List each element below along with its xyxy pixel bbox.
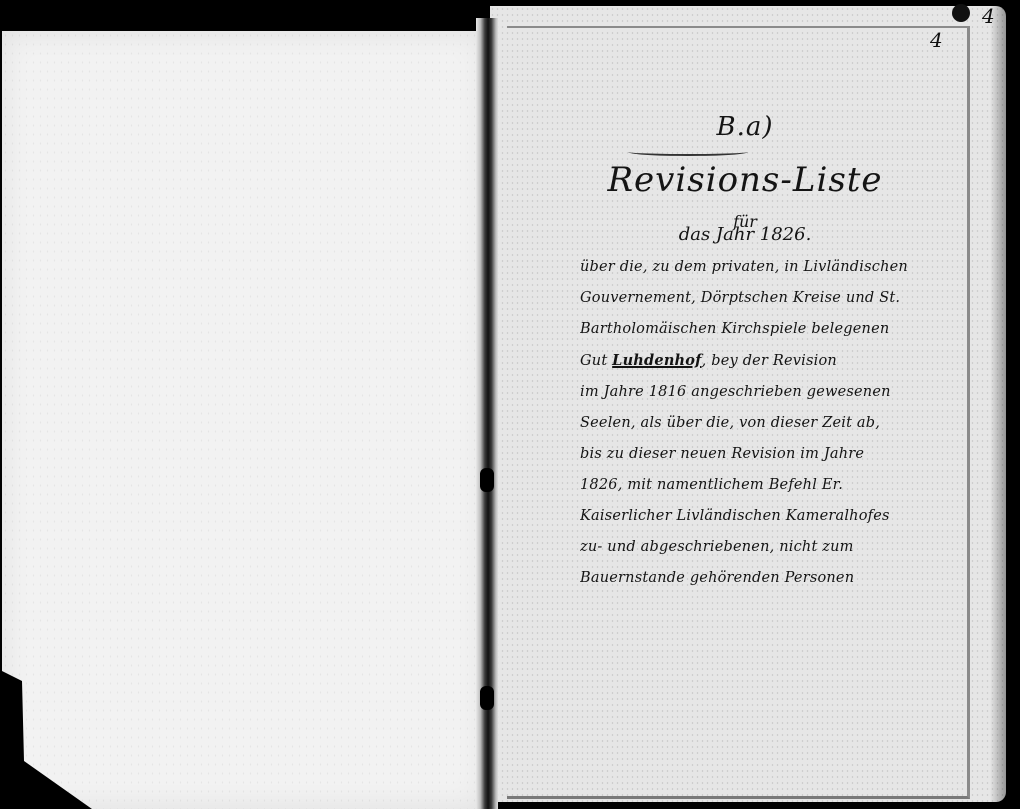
estate-suffix: , bey der Revision <box>702 353 837 369</box>
estate-prefix: Gut <box>580 353 612 369</box>
flourish-line <box>628 148 748 156</box>
ink-stain <box>952 4 970 22</box>
body-line: zu- und abgeschriebenen, nicht zum <box>580 532 910 563</box>
body-line: Bauernstande gehörenden Personen <box>580 563 910 594</box>
body-line: Kaiserlicher Livländischen Kameralhofes <box>580 501 910 532</box>
binding-knot-icon <box>480 686 494 710</box>
document-title: Revisions-Liste <box>580 160 910 200</box>
page-edge-shadow <box>990 6 1006 802</box>
body-line-estate: Gut Luhdenhof, bey der Revision <box>580 345 910 377</box>
body-line: bis zu dieser neuen Revision im Jahre <box>580 439 910 470</box>
left-page-blank <box>2 31 484 809</box>
body-line: 1826, mit namentlichem Befehl Er. <box>580 470 910 501</box>
body-line: im Jahre 1816 angeschrieben gewesenen <box>580 377 910 408</box>
estate-name: Luhdenhof <box>612 352 701 369</box>
heading-mark: B.a) <box>580 112 910 142</box>
year-line: das Jahr 1826. <box>580 224 910 245</box>
manuscript-body: über die, zu dem privaten, in Livländisc… <box>580 252 910 594</box>
body-line: über die, zu dem privaten, in Livländisc… <box>580 252 910 283</box>
binding-knot-icon <box>480 468 494 492</box>
body-line: Gouvernement, Dörptschen Kreise und St. <box>580 283 910 314</box>
folio-number-secondary: 4 <box>930 28 943 52</box>
body-line: Seelen, als über die, von dieser Zeit ab… <box>580 408 910 439</box>
body-line: Bartholomäischen Kirchspiele belegenen <box>580 314 910 345</box>
folio-number: 4 <box>982 4 995 28</box>
